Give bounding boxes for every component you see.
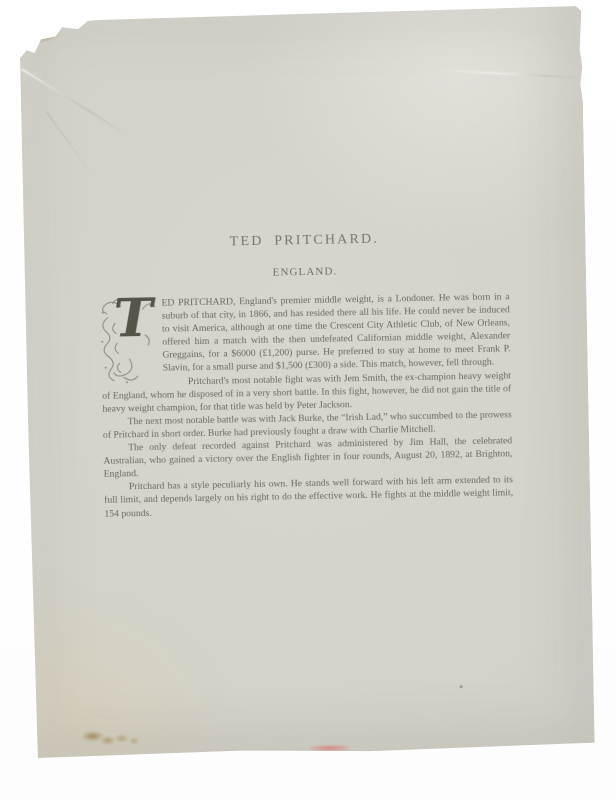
drop-cap-letter: T [113,293,153,346]
photo-backdrop: TED PRITCHARD. ENGLAND. [0,0,616,800]
decorative-initial: T [98,297,157,388]
page-subtitle: ENGLAND. [24,261,586,283]
printed-content: TED PRITCHARD. ENGLAND. [19,6,595,758]
body-text: T ED PRITCHARD, England's premier middle… [100,290,513,520]
paragraph: Pritchard has a style peculiarly his own… [104,474,514,521]
paragraph: T ED PRITCHARD, England's premier middle… [100,290,510,376]
paragraph-text: ED PRITCHARD, England's premier middle w… [161,291,510,374]
document-page: TED PRITCHARD. ENGLAND. [19,6,595,758]
page-title: TED PRITCHARD. [23,228,585,254]
